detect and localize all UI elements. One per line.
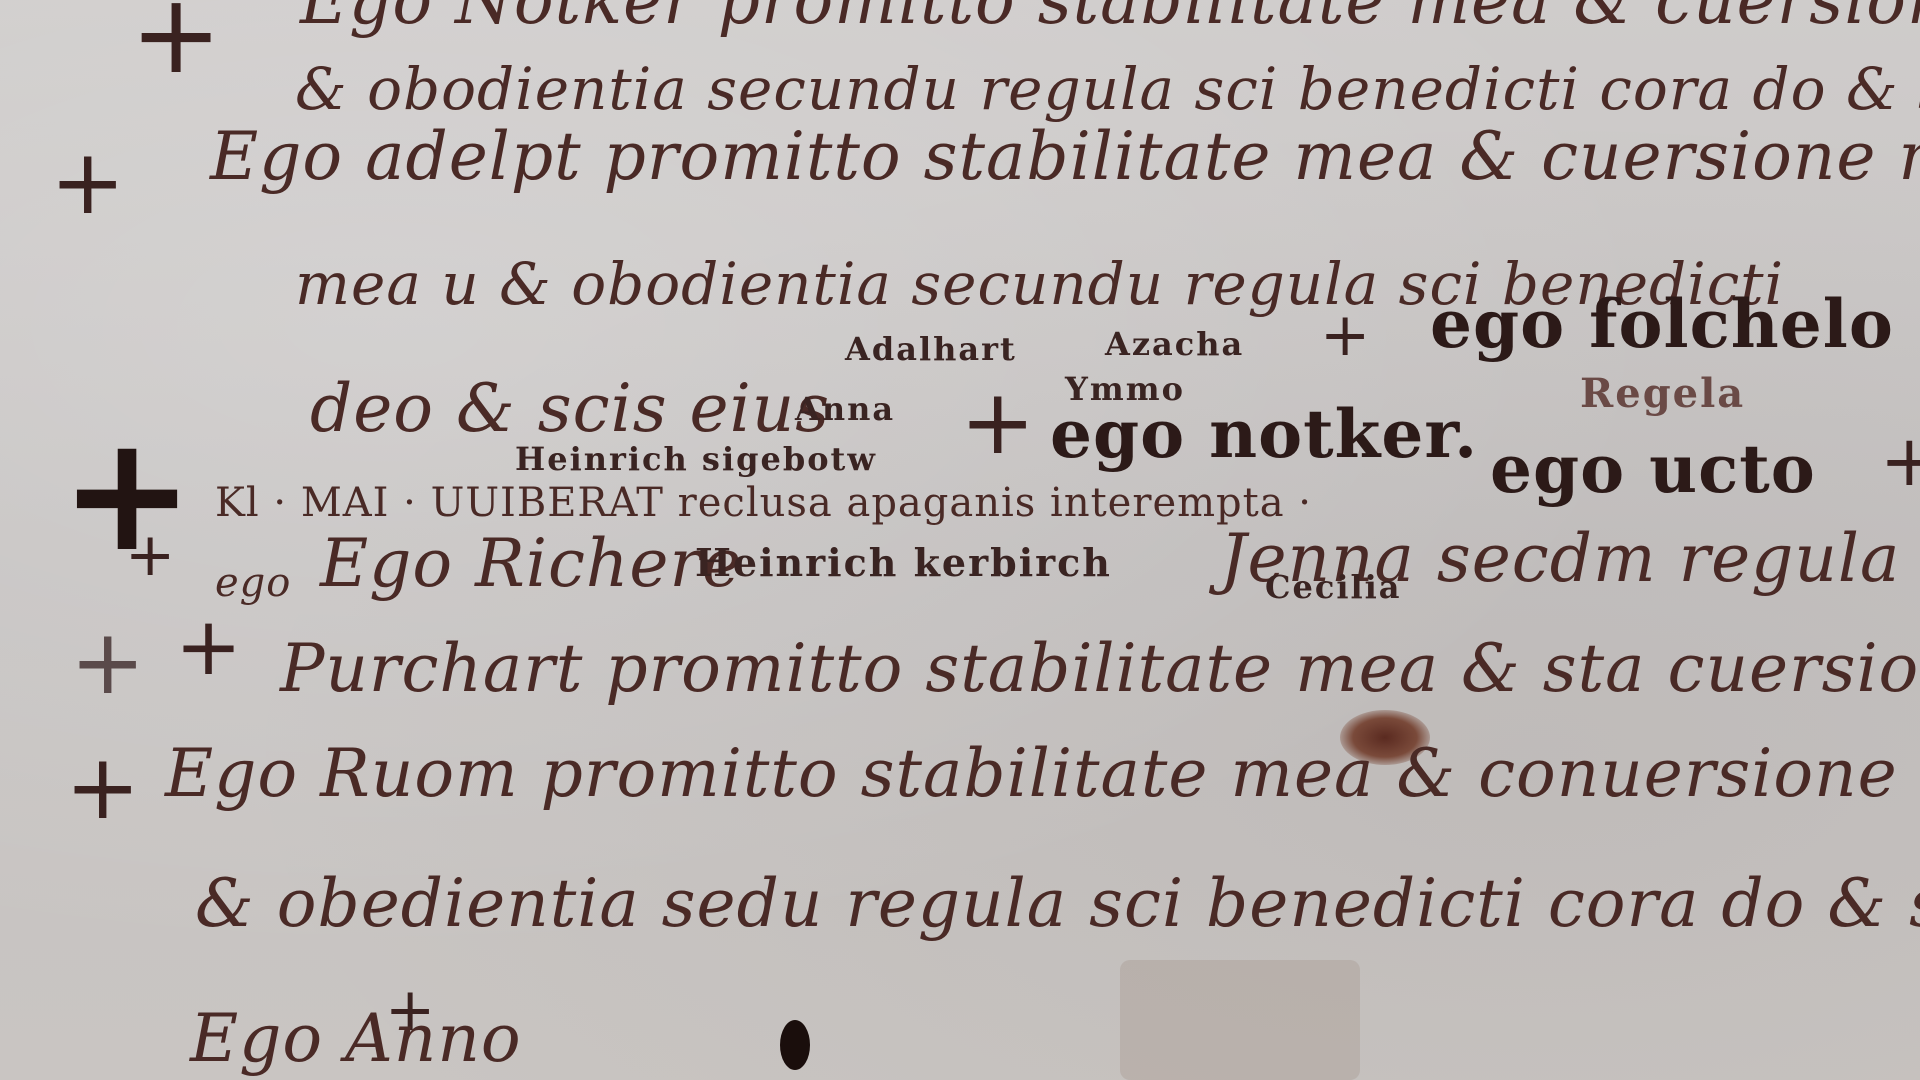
manuscript-line-5: Kl · MAI · UUIBERAT reclusa apaganis int… [215, 480, 1312, 526]
cross-icon: + [960, 370, 1035, 475]
cross-icon: + [130, 0, 222, 98]
manuscript-line-10: Ego Anno [190, 1000, 522, 1077]
manuscript-line-4: deo & scis eius [310, 370, 830, 447]
name-heinrich-kerbirch: Heinrich kerbirch [695, 540, 1112, 585]
name-heinrich-sigebo: Heinrich sigebotw [515, 440, 877, 478]
faded-patch [1120, 960, 1360, 1080]
cross-icon: + [65, 735, 140, 840]
name-azacha: Azacha [1105, 325, 1244, 363]
name-anna: Anna [795, 390, 895, 428]
cross-icon: + [1320, 300, 1370, 370]
manuscript-line-6: Ego Richere [320, 525, 742, 602]
cross-icon: + [1880, 420, 1920, 502]
manuscript-line-1: & obodientia secundu regula sci benedict… [295, 55, 1920, 123]
name-cecilia: Cecilia [1265, 568, 1402, 606]
manuscript-line-7: Purchart promitto stabilitate mea & sta … [280, 630, 1920, 707]
manuscript-line-9: & obedientia sedu regula sci benedicti c… [195, 865, 1920, 942]
manuscript-line-0: Ego Notker promitto stabilitate mea & cu… [300, 0, 1920, 39]
cross-icon: + [70, 610, 145, 715]
name-regela: Regela [1580, 370, 1745, 417]
cross-icon: + [50, 130, 125, 235]
name-ego-folchelo: ego folchelo [1430, 285, 1894, 363]
manuscript-page: + Ego Notker promitto stabilitate mea & … [0, 0, 1920, 1080]
cross-icon: + [125, 520, 175, 590]
manuscript-line-2: Ego adelpt promitto stabilitate mea & cu… [210, 118, 1920, 195]
ink-blot [780, 1020, 810, 1070]
name-ego-notker: ego notker. [1050, 395, 1478, 473]
cross-icon: + [175, 600, 242, 693]
name-ego-ucto: ego ucto [1490, 430, 1816, 508]
manuscript-line-8: Ego Ruom promitto stabilitate mea & conu… [165, 735, 1920, 812]
name-adalhart: Adalhart [845, 330, 1017, 368]
